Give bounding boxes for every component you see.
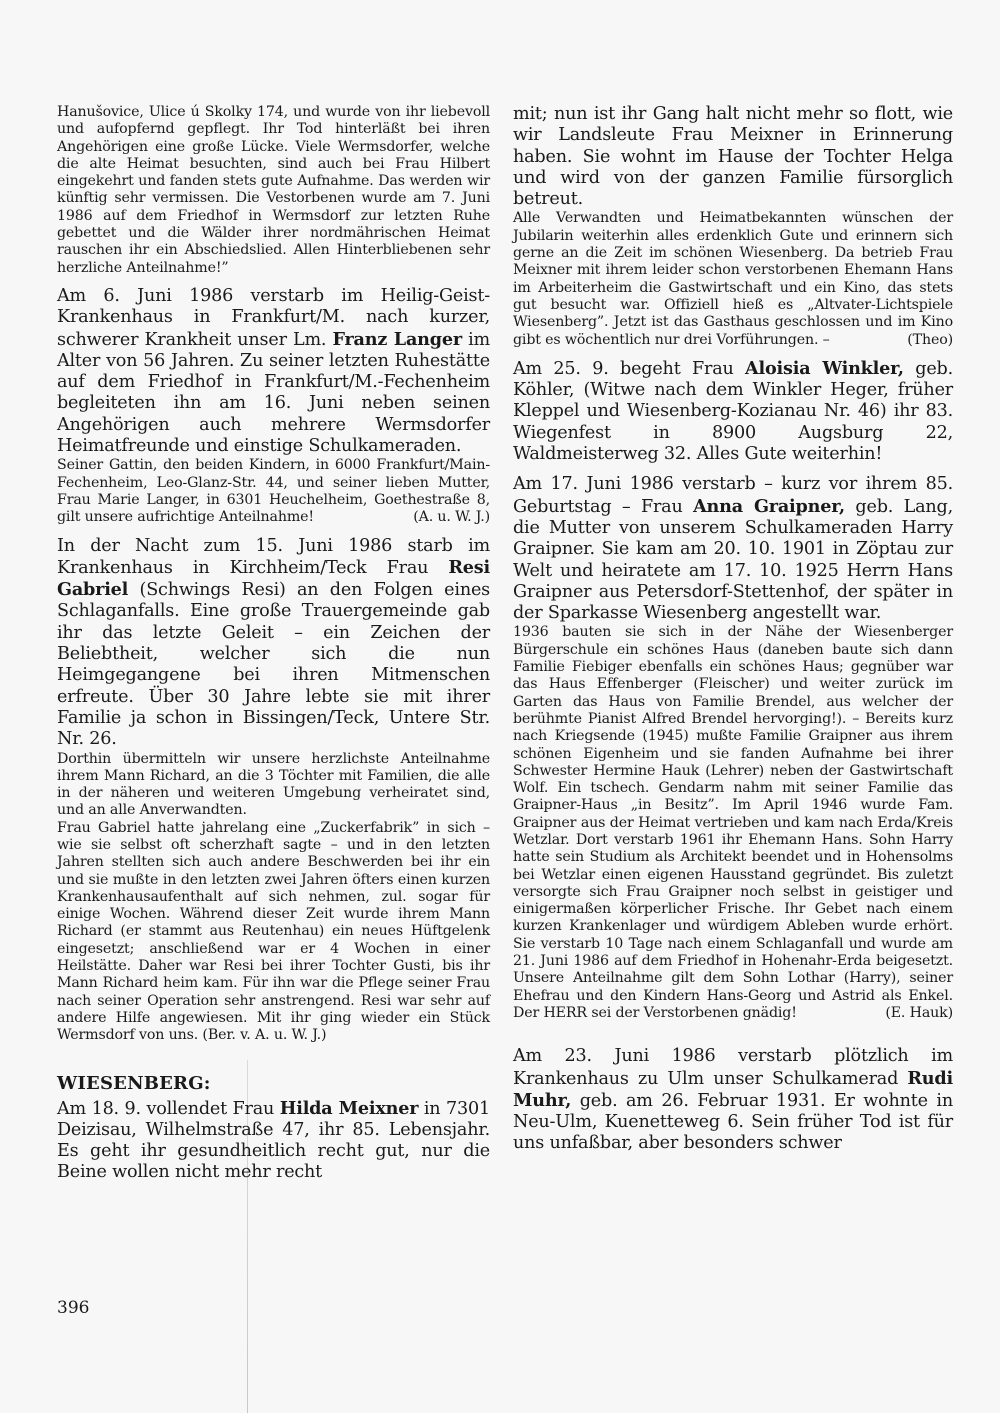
- gabriel-condolence: Dorthin übermitteln wir unsere herzlichs…: [57, 751, 490, 820]
- author-signature: (E. Hauk): [885, 1005, 953, 1022]
- author-signature: (A. u. W. J.): [413, 509, 490, 526]
- meixner-birthday-continuation: mit; nun ist ihr Gang halt nicht mehr so…: [513, 104, 953, 210]
- hilbert-obituary-continuation: Hanušovice, Ulice ú Skolky 174, und wurd…: [57, 104, 490, 277]
- meixner-wishes: Alle Verwandten und Heimatbekannten wüns…: [513, 210, 953, 348]
- page-number: 396: [57, 1298, 89, 1318]
- graipner-story: 1936 bauten sie sich in der Nähe der Wie…: [513, 624, 953, 1022]
- winkler-birthday: Am 25. 9. begeht Frau Aloisia Winkler, g…: [513, 358, 953, 465]
- muhr-obituary: Am 23. Juni 1986 verstarb plötzlich im K…: [513, 1046, 953, 1154]
- author-signature: (Theo): [907, 332, 953, 349]
- gabriel-obituary: In der Nacht zum 15. Juni 1986 starb im …: [57, 536, 490, 751]
- langer-obituary: Am 6. Juni 1986 verstarb im Heilig-Geist…: [57, 286, 490, 457]
- deceased-name: Franz Langer: [332, 329, 461, 350]
- left-column: Hanušovice, Ulice ú Skolky 174, und wurd…: [57, 104, 490, 1184]
- graipner-obituary: Am 17. Juni 1986 verstarb – kurz vor ihr…: [513, 474, 953, 624]
- deceased-name: Anna Graipner,: [693, 496, 845, 517]
- honoree-name: Hilda Meixner: [280, 1098, 419, 1119]
- meixner-birthday: Am 18. 9. vollendet Frau Hilda Meixner i…: [57, 1098, 490, 1184]
- honoree-name: Aloisia Winkler,: [745, 358, 904, 379]
- section-heading: WIESENBERG:: [57, 1073, 490, 1094]
- wiesenberg-section: WIESENBERG: Am 18. 9. vollendet Frau Hil…: [57, 1073, 490, 1184]
- right-column: mit; nun ist ihr Gang halt nicht mehr so…: [513, 104, 953, 1155]
- gabriel-story: Frau Gabriel hatte jahrelang eine „Zucke…: [57, 820, 490, 1045]
- newsletter-page: Hanušovice, Ulice ú Skolky 174, und wurd…: [0, 0, 1000, 1413]
- langer-condolence: Seiner Gattin, den beiden Kindern, in 60…: [57, 457, 490, 526]
